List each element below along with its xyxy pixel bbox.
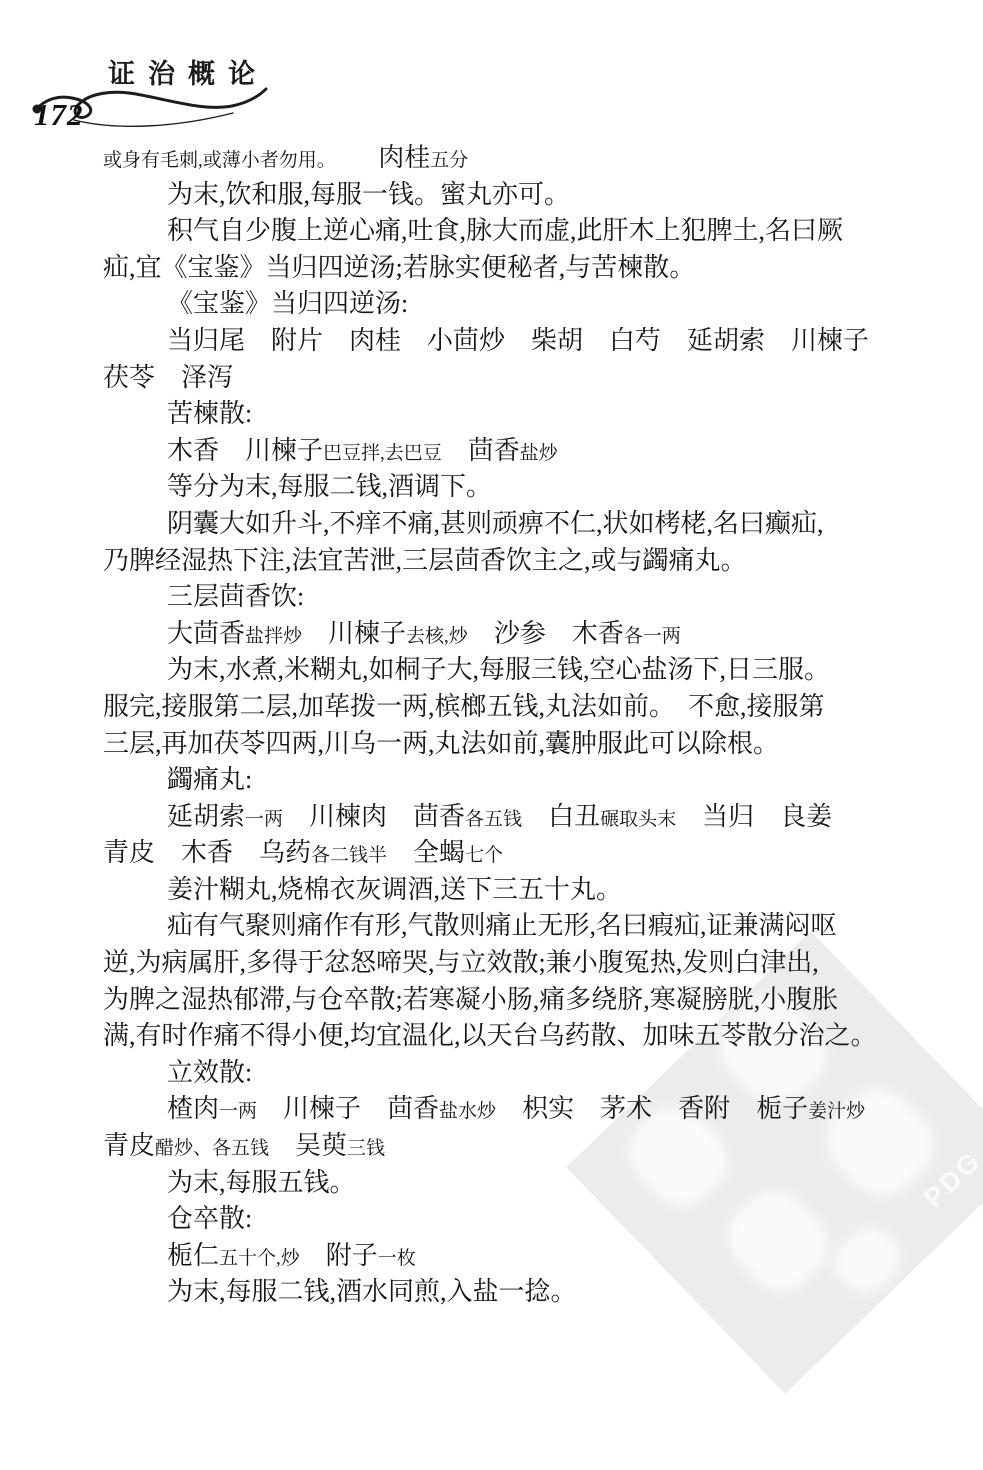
annotation-text: 或身有毛刺,或薄小者勿用。 [103, 150, 326, 171]
body-text: 当归尾 附片 肉桂 小茴炒 柴胡 白芍 延胡索 川楝子 [167, 326, 869, 355]
body-text: 为脾之湿热郁滞,与仓卒散;若寒凝小肠,痛多绕脐,寒凝膀胱,小腹胀 [103, 985, 838, 1014]
text-line: 苦楝散: [103, 396, 913, 433]
body-text: 川楝肉 茴香 [283, 802, 465, 831]
text-line: 栀仁五十个,炒 附子一枚 [103, 1238, 913, 1275]
annotation-text: 盐炒 [520, 443, 558, 464]
scanned-book-page: PDG 证治概论 172 或身有毛刺,或薄小者勿用。 肉桂五分为末,饮和服,每服… [0, 0, 983, 1470]
body-text: 肉桂 [326, 143, 430, 172]
body-text: 栀仁 [167, 1241, 219, 1270]
page-number: 172 [34, 97, 84, 133]
text-line: 为末,饮和服,每服一钱。蜜丸亦可。 [103, 177, 913, 214]
text-line: 木香 川楝子巴豆拌,去巴豆 茴香盐炒 [103, 433, 913, 470]
text-line: 青皮醋炒、各五钱 吴萸三钱 [103, 1128, 913, 1165]
body-text: 乃脾经湿热下注,法宜苦泄,三层茴香饮主之,或与蠲痛丸。 [103, 546, 747, 575]
text-line: 积气自少腹上逆心痛,吐食,脉大而虚,此肝木上犯脾土,名曰厥 [103, 213, 913, 250]
text-line: 为脾之湿热郁滞,与仓卒散;若寒凝小肠,痛多绕脐,寒凝膀胱,小腹胀 [103, 982, 913, 1019]
text-line: 《宝鉴》当归四逆汤: [103, 286, 913, 323]
text-body: 或身有毛刺,或薄小者勿用。 肉桂五分为末,饮和服,每服一钱。蜜丸亦可。积气自少腹… [103, 140, 913, 1311]
text-line: 等分为末,每服二钱,酒调下。 [103, 469, 913, 506]
body-text: 茴香 [442, 436, 520, 465]
annotation-text: 碾取头末 [600, 809, 676, 830]
annotation-text: 五十个,炒 [219, 1248, 300, 1269]
body-text: 为末,饮和服,每服一钱。蜜丸亦可。 [167, 180, 570, 209]
body-text: 立效散: [167, 1058, 252, 1087]
body-text: 当归 良姜 [676, 802, 832, 831]
text-line: 满,有时作痛不得小便,均宜温化,以天台乌药散、加味五苓散分治之。 [103, 1018, 913, 1055]
text-line: 姜汁糊丸,烧棉衣灰调酒,送下三五十丸。 [103, 872, 913, 909]
body-text: 全蝎 [387, 838, 465, 867]
text-line: 青皮 木香 乌药各二钱半 全蝎七个 [103, 835, 913, 872]
body-text: 川楝子 [302, 619, 406, 648]
body-text: 川楝子 茴香 [257, 1094, 439, 1123]
body-text: 疝,宜《宝鉴》当归四逆汤;若脉实便秘者,与苦楝散。 [103, 253, 695, 282]
body-text: 三层,再加茯苓四两,川乌一两,丸法如前,囊肿服此可以除根。 [103, 729, 779, 758]
body-text: 疝有气聚则痛作有形,气散则痛止无形,名曰瘕疝,证兼满闷呕 [167, 911, 837, 940]
body-text: 积气自少腹上逆心痛,吐食,脉大而虚,此肝木上犯脾土,名曰厥 [167, 216, 843, 245]
text-line: 为末,每服二钱,酒水同煎,入盐一捻。 [103, 1274, 913, 1311]
annotation-text: 三钱 [347, 1138, 385, 1159]
body-text: 为末,水煮,米糊丸,如桐子大,每服三钱,空心盐汤下,日三服。 [167, 655, 830, 684]
text-line: 疝有气聚则痛作有形,气散则痛止无形,名曰瘕疝,证兼满闷呕 [103, 908, 913, 945]
annotation-text: 盐水炒 [439, 1101, 496, 1122]
body-text: 木香 川楝子 [167, 436, 323, 465]
body-text: 茯苓 泽泻 [103, 363, 233, 392]
text-line: 三层,再加茯苓四两,川乌一两,丸法如前,囊肿服此可以除根。 [103, 726, 913, 763]
body-text: 青皮 [103, 1131, 155, 1160]
text-line: 服完,接服第二层,加荜拨一两,槟榔五钱,丸法如前。 不愈,接服第 [103, 689, 913, 726]
annotation-text: 七个 [465, 845, 503, 866]
annotation-text: 盐拌炒 [245, 626, 302, 647]
text-line: 三层茴香饮: [103, 579, 913, 616]
body-text: 大茴香 [167, 619, 245, 648]
text-line: 延胡索一两 川楝肉 茴香各五钱 白丑碾取头末 当归 良姜 [103, 799, 913, 836]
body-text: 吴萸 [269, 1131, 347, 1160]
text-line: 楂肉一两 川楝子 茴香盐水炒 枳实 茅术 香附 栀子姜汁炒 [103, 1091, 913, 1128]
annotation-text: 各一两 [624, 626, 681, 647]
body-text: 服完,接服第二层,加荜拨一两,槟榔五钱,丸法如前。 不愈,接服第 [103, 692, 825, 721]
body-text: 满,有时作痛不得小便,均宜温化,以天台乌药散、加味五苓散分治之。 [103, 1021, 877, 1050]
body-text: 苦楝散: [167, 399, 252, 428]
text-line: 仓卒散: [103, 1201, 913, 1238]
text-line: 为末,每服五钱。 [103, 1165, 913, 1202]
body-text: 白丑 [522, 802, 600, 831]
annotation-text: 醋炒、各五钱 [155, 1138, 269, 1159]
body-text: 枳实 茅术 香附 栀子 [496, 1094, 808, 1123]
body-text: 楂肉 [167, 1094, 219, 1123]
annotation-text: 去核,炒 [406, 626, 468, 647]
annotation-text: 一两 [245, 809, 283, 830]
text-line: 为末,水煮,米糊丸,如桐子大,每服三钱,空心盐汤下,日三服。 [103, 652, 913, 689]
text-line: 阴囊大如升斗,不痒不痛,甚则顽痹不仁,状如栲栳,名曰癫疝, [103, 506, 913, 543]
body-text: 《宝鉴》当归四逆汤: [167, 289, 408, 318]
annotation-text: 一枚 [378, 1248, 416, 1269]
body-text: 三层茴香饮: [167, 582, 304, 611]
body-text: 等分为末,每服二钱,酒调下。 [167, 472, 492, 501]
body-text: 附子 [300, 1241, 378, 1270]
annotation-text: 一两 [219, 1101, 257, 1122]
body-text: 逆,为病属肝,多得于忿怒啼哭,与立效散;兼小腹冤热,发则白津出, [103, 948, 819, 977]
text-line: 疝,宜《宝鉴》当归四逆汤;若脉实便秘者,与苦楝散。 [103, 250, 913, 287]
body-text: 沙参 木香 [468, 619, 624, 648]
body-text: 仓卒散: [167, 1204, 252, 1233]
annotation-text: 巴豆拌,去巴豆 [323, 443, 442, 464]
body-text: 青皮 木香 乌药 [103, 838, 311, 867]
body-text: 延胡索 [167, 802, 245, 831]
text-line: 茯苓 泽泻 [103, 360, 913, 397]
body-text: 姜汁糊丸,烧棉衣灰调酒,送下三五十丸。 [167, 875, 622, 904]
body-text: 阴囊大如升斗,不痒不痛,甚则顽痹不仁,状如栲栳,名曰癫疝, [167, 509, 824, 538]
text-line: 蠲痛丸: [103, 762, 913, 799]
text-line: 乃脾经湿热下注,法宜苦泄,三层茴香饮主之,或与蠲痛丸。 [103, 543, 913, 580]
text-line: 或身有毛刺,或薄小者勿用。 肉桂五分 [103, 140, 913, 177]
text-line: 当归尾 附片 肉桂 小茴炒 柴胡 白芍 延胡索 川楝子 [103, 323, 913, 360]
body-text: 为末,每服五钱。 [167, 1168, 356, 1197]
text-line: 立效散: [103, 1055, 913, 1092]
annotation-text: 姜汁炒 [808, 1101, 865, 1122]
body-text: 蠲痛丸: [167, 765, 252, 794]
annotation-text: 五分 [430, 150, 468, 171]
body-text: 为末,每服二钱,酒水同煎,入盐一捻。 [167, 1277, 577, 1306]
text-line: 大茴香盐拌炒 川楝子去核,炒 沙参 木香各一两 [103, 616, 913, 653]
text-line: 逆,为病属肝,多得于忿怒啼哭,与立效散;兼小腹冤热,发则白津出, [103, 945, 913, 982]
annotation-text: 各五钱 [465, 809, 522, 830]
annotation-text: 各二钱半 [311, 845, 387, 866]
